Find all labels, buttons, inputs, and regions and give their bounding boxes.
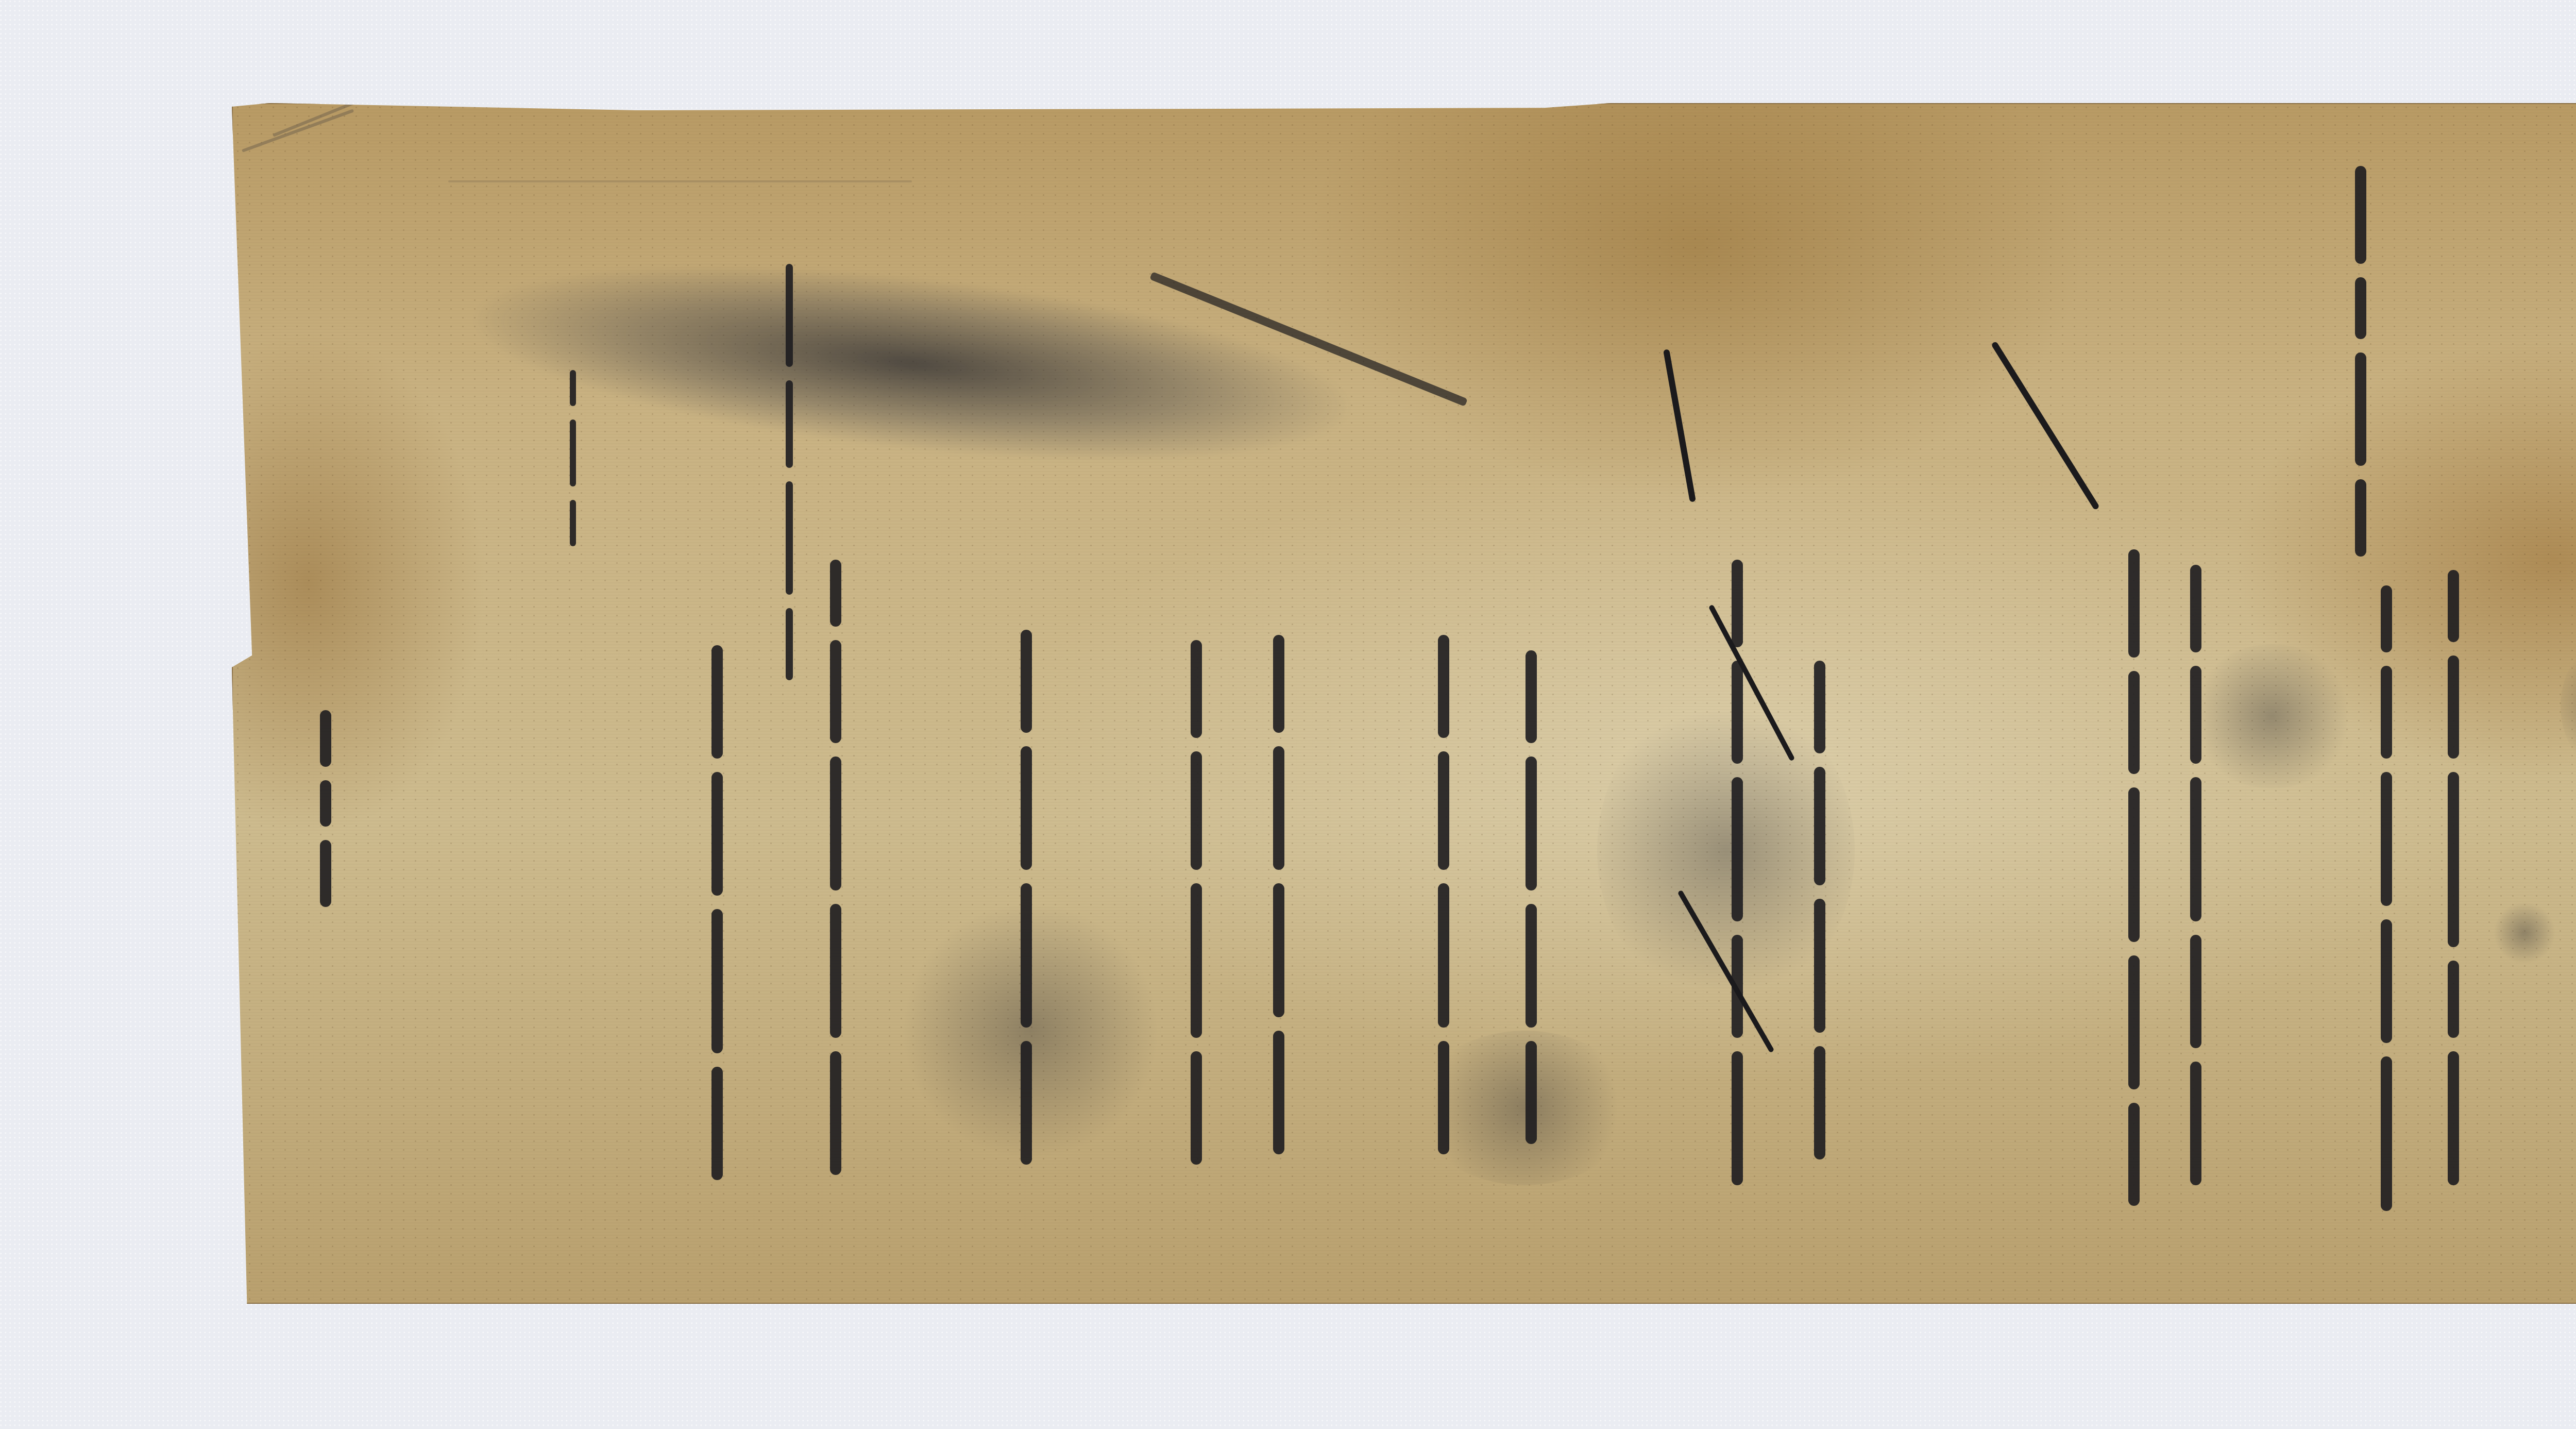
corner-crease <box>273 99 360 137</box>
script-line: Line 1 (script, partially illegible) <box>2432 557 2470 1185</box>
script-line: Line 6 (script, partially illegible) <box>814 546 852 1175</box>
script-line: Line 2 (script, partially illegible) <box>2365 572 2403 1211</box>
script-line: Line 4 (script, partially illegible) <box>1175 627 1213 1165</box>
diagonal-tail <box>1991 341 2100 511</box>
ink-blot <box>2190 644 2354 788</box>
script-line <box>696 632 734 1180</box>
horizontal-crease <box>448 180 912 182</box>
script-line: Line 1 (script, partially illegible) <box>1510 637 1548 1144</box>
seal-inscription: Smudged seal/signature stroke with inscr… <box>768 250 806 680</box>
script-line: Line 3 (script, partially illegible) <box>1257 621 1295 1154</box>
script-line: Line 4 (script, partially illegible) <box>2112 536 2150 1206</box>
script-line-heading <box>2339 153 2377 557</box>
seal-inscription-small <box>551 357 589 546</box>
script-line: Line 1 (script, partially illegible) <box>1798 647 1836 1159</box>
corner-crease <box>242 109 354 153</box>
margin-note: Short marginal note near bottom-left edg… <box>304 697 342 907</box>
script-line: Line 2 (script, partially illegible) <box>1716 546 1754 1185</box>
diagonal-tail <box>1663 349 1696 502</box>
ink-smudge-seal <box>467 233 1356 494</box>
manuscript-sheet: Right-margin heading (short word, partia… <box>232 103 2576 1304</box>
script-line: Line 2 (script, partially illegible) <box>1422 621 1460 1154</box>
ink-blot <box>2494 902 2555 964</box>
header-note: Right-margin heading (short word, partia… <box>2566 681 2576 830</box>
script-line: Line 3 (script, partially illegible) <box>2174 551 2212 1185</box>
script-line: Line 5 (script, partially illegible) <box>1005 616 1043 1165</box>
